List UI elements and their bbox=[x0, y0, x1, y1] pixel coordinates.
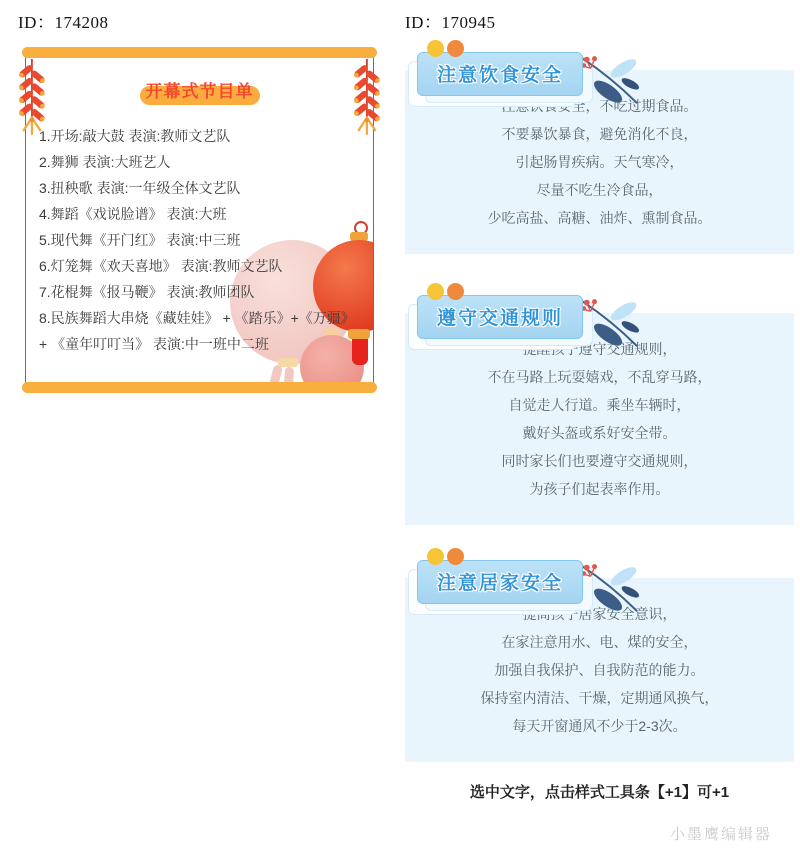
list-item: 7.花棍舞《报马鞭》 表演:教师团队 bbox=[39, 279, 361, 305]
list-item: 8.民族舞蹈大串烧《藏娃娃》 + 《踏乐》+《万疆》+ 《童年叮叮当》 表演:中… bbox=[39, 305, 361, 357]
section-title: 注意居家安全 bbox=[417, 560, 583, 604]
section-title-badge: 注意饮食安全 bbox=[417, 52, 583, 96]
safety-template-card[interactable]: 注意饮食安全，不吃过期食品。 不要暴饮暴食，避免消化不良， 引起肠胃疾病。天气寒… bbox=[405, 40, 794, 766]
body-line: 加强自我保护、自我防范的能力。 bbox=[413, 656, 786, 684]
editor-watermark: 小墨鹰编辑器 bbox=[670, 823, 772, 844]
branch-leaves-icon bbox=[579, 52, 641, 113]
body-line: 保持室内清洁、干燥，定期通风换气， bbox=[413, 684, 786, 712]
body-line: 自觉走人行道。乘坐车辆时， bbox=[413, 391, 786, 419]
body-line: 不要暴饮暴食，避免消化不良， bbox=[413, 120, 786, 148]
yellow-dot-icon bbox=[427, 548, 444, 565]
list-item: 3.扭秧歌 表演:一年级全体文艺队 bbox=[39, 175, 361, 201]
firecracker-icon bbox=[349, 59, 383, 148]
right-template-id: ID：170945 bbox=[405, 8, 495, 33]
section-title: 注意饮食安全 bbox=[417, 52, 583, 96]
orange-dot-icon bbox=[447, 283, 464, 300]
body-line: 少吃高盐、高糖、油炸、熏制食品。 bbox=[413, 204, 786, 232]
card-bottom-bar bbox=[22, 382, 377, 393]
branch-leaves-icon bbox=[579, 560, 641, 621]
firecracker-icon bbox=[14, 59, 48, 148]
left-template-id: ID：174208 bbox=[18, 8, 108, 33]
list-item: 1.开场:敲大鼓 表演:教师文艺队 bbox=[39, 123, 361, 149]
branch-leaves-icon bbox=[579, 295, 641, 356]
list-item: 4.舞蹈《戏说脸谱》 表演:大班 bbox=[39, 201, 361, 227]
program-template-card[interactable]: 开幕式节目单 1.开场:敲大鼓 表演:教师文艺队 2.舞狮 表演:大班艺人 3.… bbox=[22, 47, 377, 393]
body-line: 戴好头盔或系好安全带。 bbox=[413, 419, 786, 447]
program-title-wrap: 开幕式节目单 bbox=[26, 77, 373, 101]
program-list: 1.开场:敲大鼓 表演:教师文艺队 2.舞狮 表演:大班艺人 3.扭秧歌 表演:… bbox=[39, 123, 361, 357]
card-top-bar bbox=[22, 47, 377, 58]
section-title-badge: 遵守交通规则 bbox=[417, 295, 583, 339]
yellow-dot-icon bbox=[427, 40, 444, 57]
body-line: 尽量不吃生冷食品， bbox=[413, 176, 786, 204]
body-line: 同时家长们也要遵守交通规则， bbox=[413, 447, 786, 475]
section-title: 遵守交通规则 bbox=[417, 295, 583, 339]
orange-dot-icon bbox=[447, 40, 464, 57]
body-line: 每天开窗通风不少于2-3次。 bbox=[413, 712, 786, 740]
body-line: 引起肠胃疾病。天气寒冷， bbox=[413, 148, 786, 176]
body-line: 为孩子们起表率作用。 bbox=[413, 475, 786, 503]
list-item: 6.灯笼舞《欢天喜地》 表演:教师文艺队 bbox=[39, 253, 361, 279]
list-item: 2.舞狮 表演:大班艺人 bbox=[39, 149, 361, 175]
orange-dot-icon bbox=[447, 548, 464, 565]
list-item: 5.现代舞《开门红》 表演:中三班 bbox=[39, 227, 361, 253]
program-title: 开幕式节目单 bbox=[26, 77, 373, 102]
section-title-badge: 注意居家安全 bbox=[417, 560, 583, 604]
body-line: 不在马路上玩耍嬉戏，不乱穿马路， bbox=[413, 363, 786, 391]
style-toolbar-tip: 选中文字，点击样式工具条【+1】可+1 bbox=[405, 781, 794, 802]
yellow-dot-icon bbox=[427, 283, 444, 300]
body-line: 在家注意用水、电、煤的安全， bbox=[413, 628, 786, 656]
